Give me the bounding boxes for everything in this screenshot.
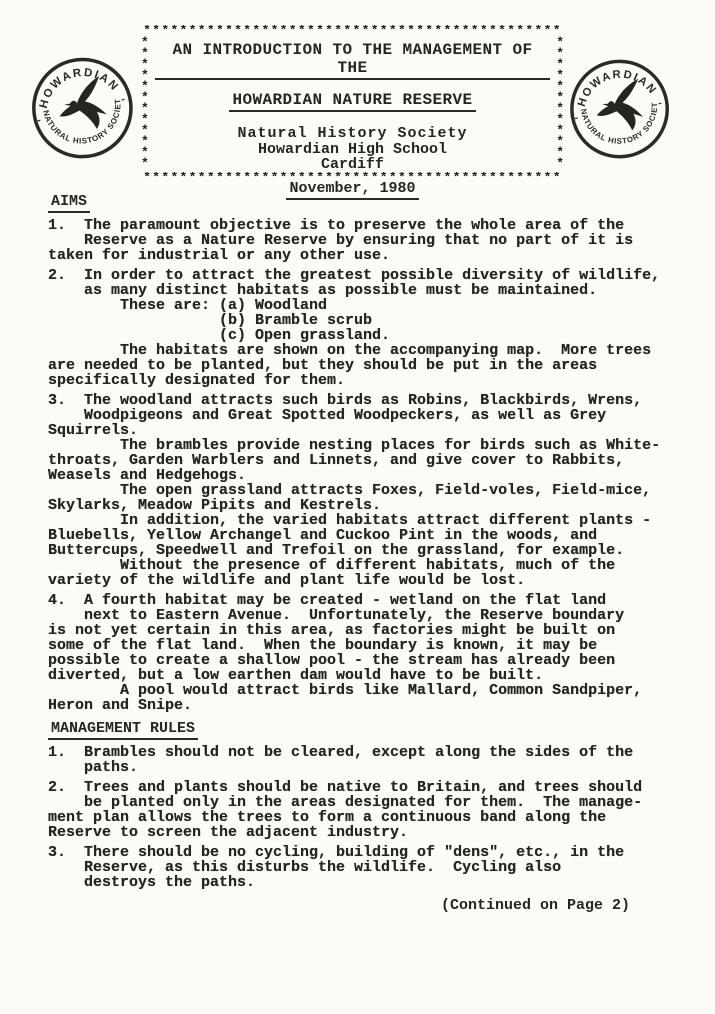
society-stamp-right: HOWARDIAN NATURAL HISTORY SOCIETY - -	[559, 49, 680, 174]
society-stamp-graphic: HOWARDIAN NATURAL HISTORY SOCIETY - -	[18, 44, 146, 172]
star-border-right: * * * * * * * * * * * *	[556, 37, 564, 169]
school-name: Howardian High School	[258, 142, 447, 157]
title-box: ****************************************…	[139, 28, 566, 181]
aims-heading: AIMS	[48, 193, 90, 213]
aims-item-2: 2. In order to attract the greatest poss…	[48, 268, 685, 388]
city-name: Cardiff	[321, 157, 384, 172]
society-stamp-graphic: HOWARDIAN NATURAL HISTORY SOCIETY - -	[559, 49, 679, 169]
document-body: AIMS 1. The paramount objective is to pr…	[48, 194, 685, 913]
scanned-document-page: HOWARDIAN NATURAL HISTORY SOCIETY - - HO…	[0, 0, 715, 1014]
management-rules-heading: MANAGEMENT RULES	[48, 720, 198, 740]
aims-item-1: 1. The paramount objective is to preserv…	[48, 218, 685, 263]
star-border-left: * * * * * * * * * * * *	[141, 37, 149, 169]
doc-title-line2: HOWARDIAN NATURE RESERVE	[229, 91, 475, 112]
doc-title-line1: AN INTRODUCTION TO THE MANAGEMENT OF THE	[155, 41, 550, 80]
rule-item-1: 1. Brambles should not be cleared, excep…	[48, 745, 685, 775]
stamp-dash-right: -	[657, 98, 663, 110]
title-box-content: AN INTRODUCTION TO THE MANAGEMENT OF THE…	[155, 38, 550, 200]
rule-item-2: 2. Trees and plants should be native to …	[48, 780, 685, 840]
rule-item-3: 3. There should be no cycling, building …	[48, 845, 685, 890]
aims-item-3: 3. The woodland attracts such birds as R…	[48, 393, 685, 588]
continued-note: (Continued on Page 2)	[48, 898, 685, 913]
aims-item-4: 4. A fourth habitat may be created - wet…	[48, 593, 685, 713]
society-stamp-left: HOWARDIAN NATURAL HISTORY SOCIETY - -	[18, 44, 148, 177]
society-name: Natural History Society	[237, 125, 467, 142]
star-border-top: ****************************************…	[139, 25, 566, 37]
stamp-dash-left: -	[574, 113, 580, 125]
